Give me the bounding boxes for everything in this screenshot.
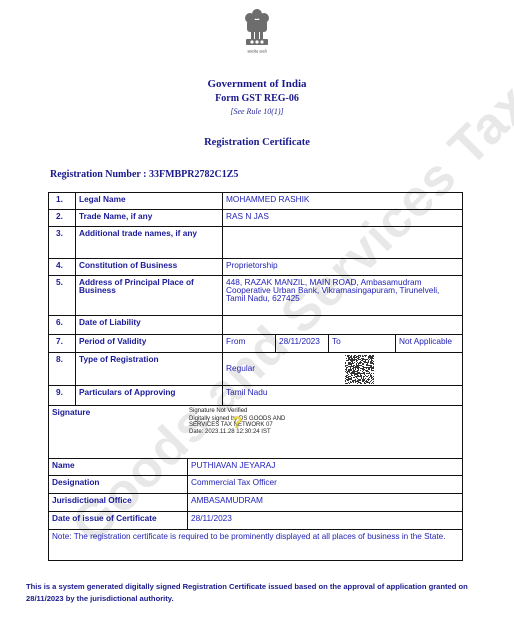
date-of-liability-label: Date of Liability — [75, 315, 223, 335]
row-number: 8. — [48, 352, 76, 386]
approving-particulars-label: Particulars of Approving — [75, 385, 223, 406]
legal-name-label: Legal Name — [75, 192, 223, 210]
jurisdictional-office-value: AMBASAMUDRAM — [187, 493, 463, 512]
signature-date: Date: 2023.11.28 12:30:24 IST — [189, 429, 307, 435]
question-mark-icon[interactable]: ? — [232, 413, 242, 433]
trade-name-value: RAS N JAS — [222, 209, 463, 227]
issue-date-value: 28/11/2023 — [187, 511, 463, 530]
emblem-motto: सत्यमेव जयते — [232, 49, 282, 55]
type-of-registration-label: Type of Registration — [75, 352, 223, 386]
constitution-value: Proprietorship — [222, 258, 463, 276]
approving-particulars-value: Tamil Nadu — [222, 385, 463, 406]
additional-trade-names-value — [222, 226, 463, 259]
legal-name-value: MOHAMMED RASHIK — [222, 192, 463, 210]
certificate-title: Registration Certificate — [0, 137, 514, 148]
constitution-label: Constitution of Business — [75, 258, 223, 276]
period-of-validity-label: Period of Validity — [75, 334, 223, 353]
government-heading: Government of India — [0, 78, 514, 90]
digital-signature-info: Signature Not Verified Digitally signed … — [189, 408, 307, 435]
type-of-registration-value: Regular — [222, 352, 463, 386]
qr-code-icon — [345, 355, 374, 384]
additional-trade-names-label: Additional trade names, if any — [75, 226, 223, 259]
designation-value: Commercial Tax Officer — [187, 475, 463, 494]
row-number: 5. — [48, 275, 76, 316]
validity-from-value: 28/11/2023 — [275, 334, 329, 353]
validity-to-value: Not Applicable — [395, 334, 463, 353]
validity-to-label: To — [328, 334, 396, 353]
row-number: 4. — [48, 258, 76, 276]
signature-status: Signature Not Verified — [189, 408, 307, 414]
designation-label: Designation — [48, 475, 188, 494]
registration-number: Registration Number : 33FMBPR2782C1Z5 — [50, 169, 238, 180]
row-number: 9. — [48, 385, 76, 406]
officer-name-label: Name — [48, 458, 188, 476]
row-number: 1. — [48, 192, 76, 210]
display-note: Note: The registration certificate is re… — [48, 529, 463, 561]
address-label: Address of Principal Place of Business — [75, 275, 223, 316]
row-number: 3. — [48, 226, 76, 259]
form-heading: Form GST REG-06 — [0, 93, 514, 104]
address-value: 448, RAZAK MANZIL, MAIN ROAD, Ambasamudr… — [222, 275, 463, 316]
jurisdictional-office-label: Jurisdictional Office — [48, 493, 188, 512]
row-number: 7. — [48, 334, 76, 353]
issue-date-label: Date of issue of Certificate — [48, 511, 188, 530]
row-number: 6. — [48, 315, 76, 335]
rule-reference: [See Rule 10(1)] — [0, 107, 514, 116]
officer-name-value: PUTHIAVAN JEYARAJ — [187, 458, 463, 476]
date-of-liability-value — [222, 315, 463, 335]
row-number: 2. — [48, 209, 76, 227]
trade-name-label: Trade Name, if any — [75, 209, 223, 227]
validity-from-label: From — [222, 334, 276, 353]
system-generated-footer: This is a system generated digitally sig… — [26, 581, 496, 605]
signature-signer: Digitally signed by DS GOODS AND SERVICE… — [189, 416, 307, 428]
